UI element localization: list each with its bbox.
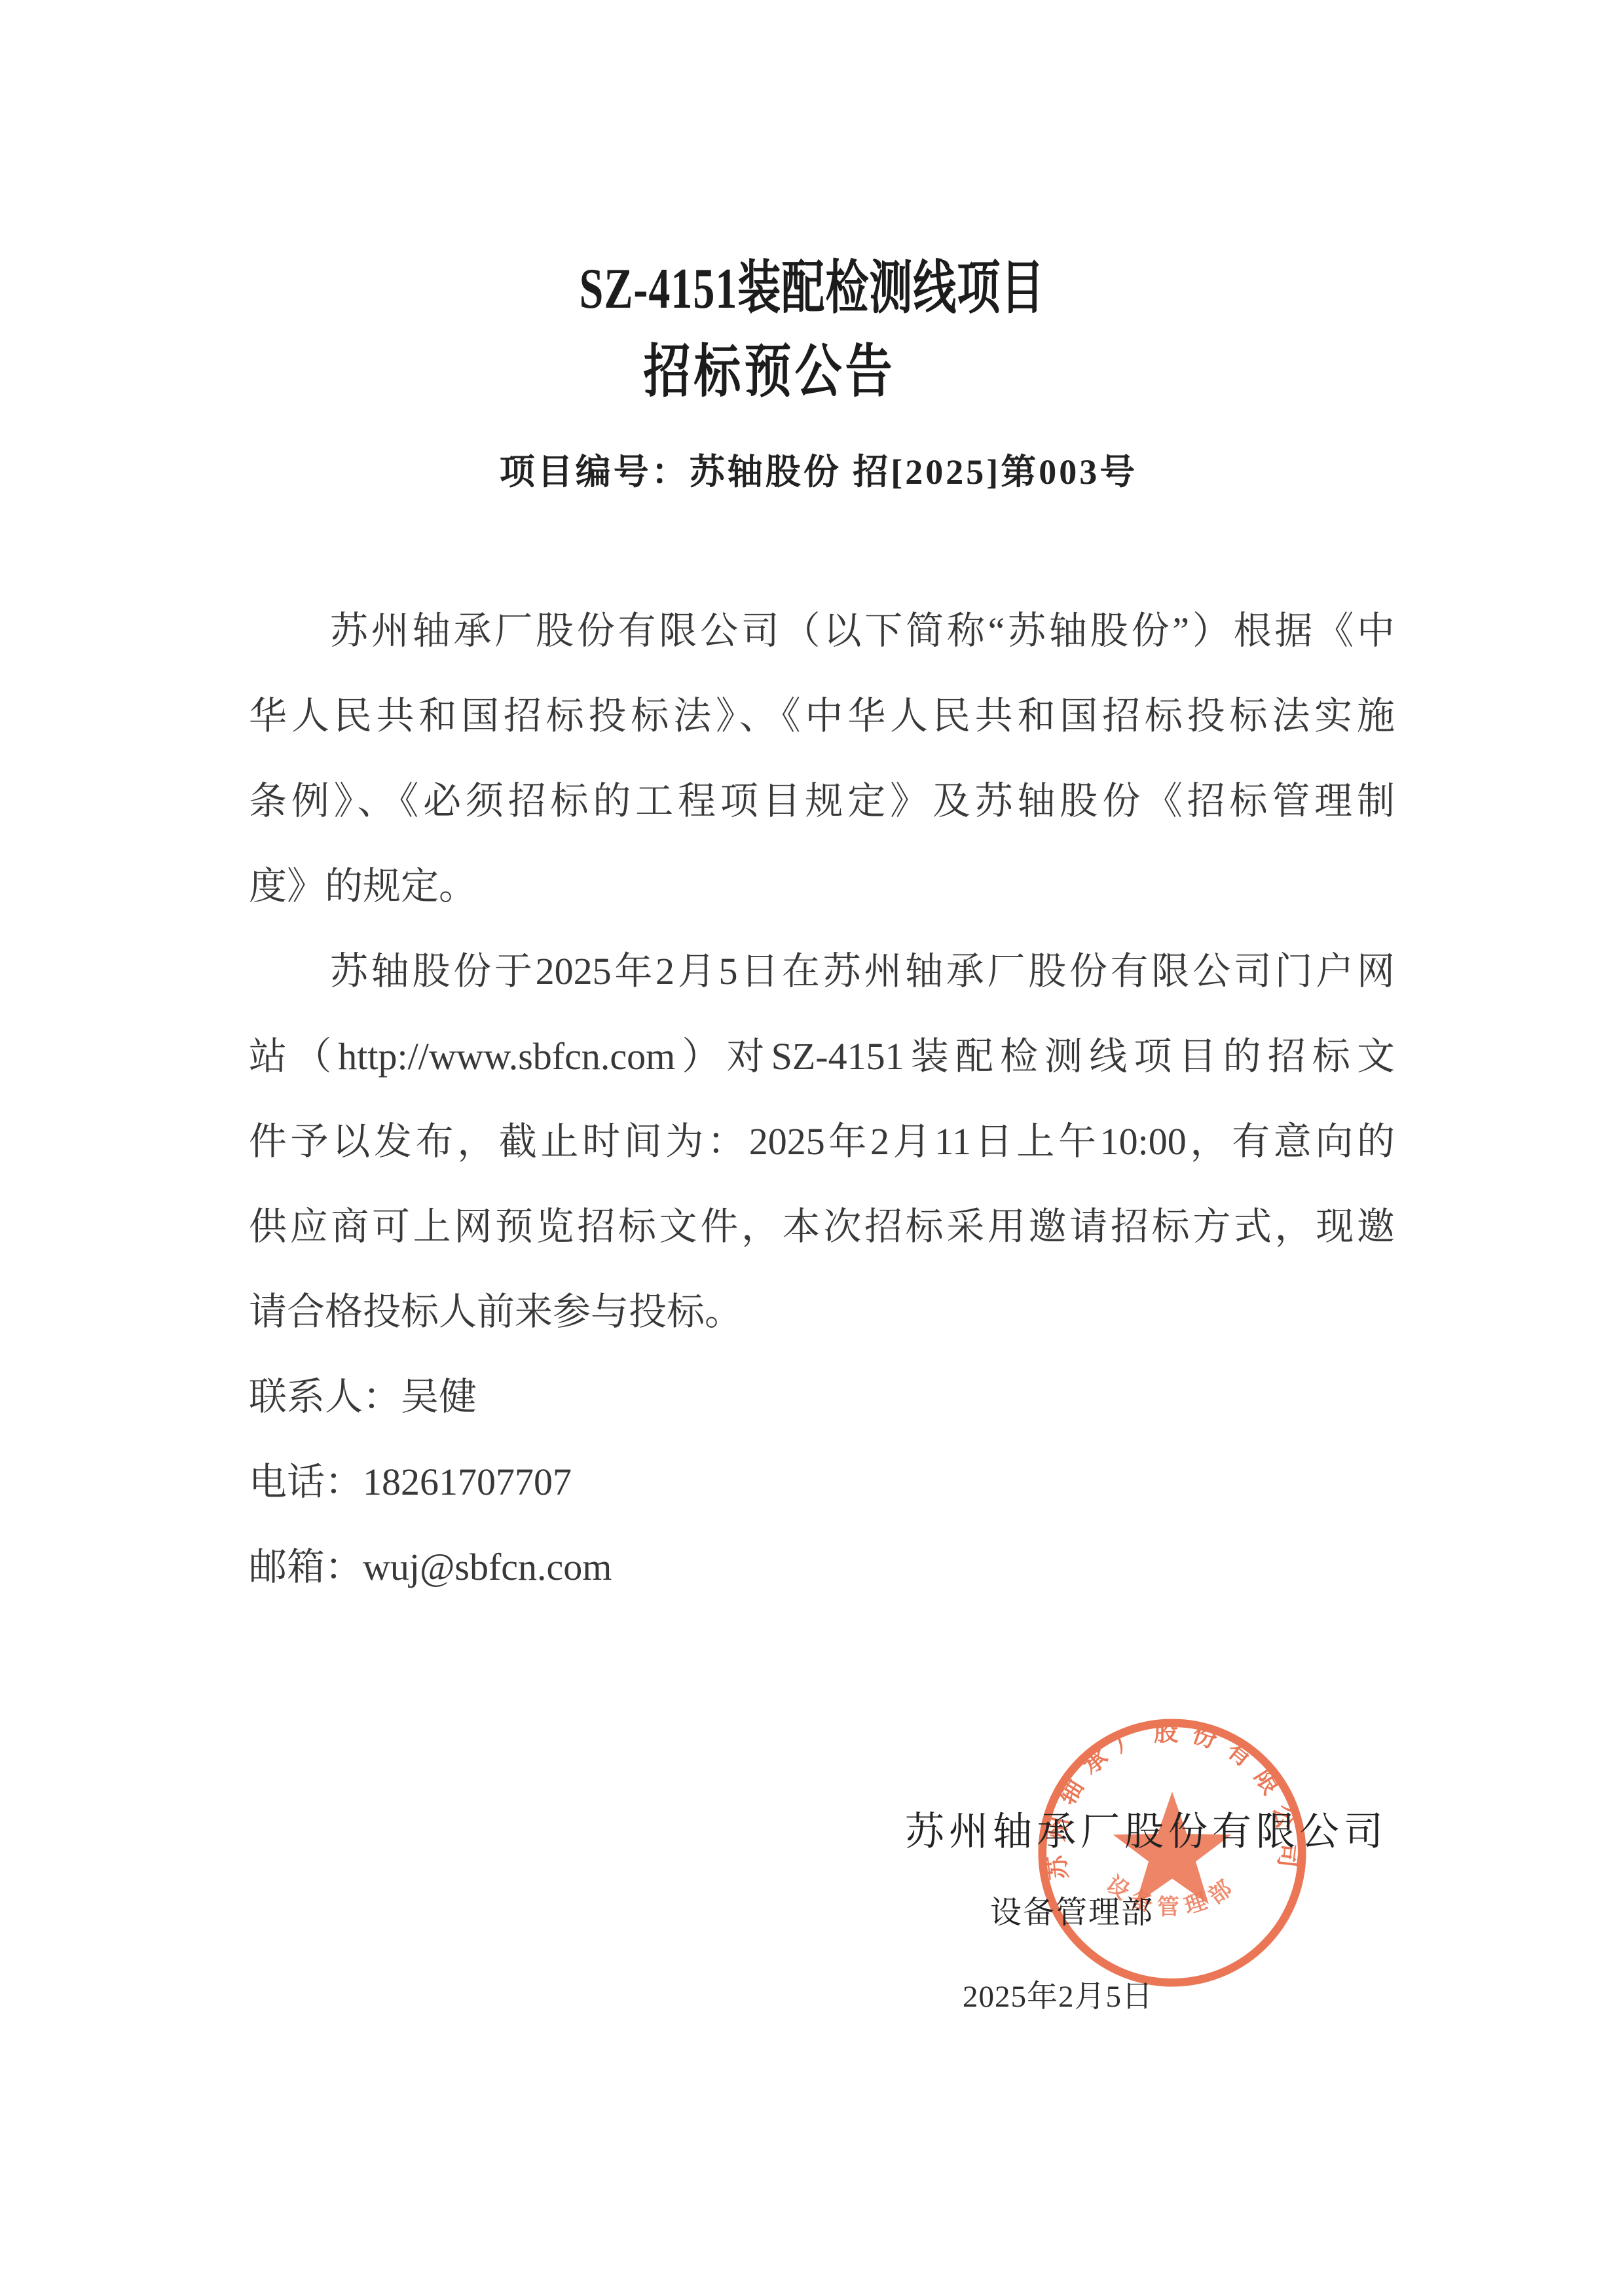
body-line: 苏州轴承厂股份有限公司（以下简称“苏轴股份”）根据《中	[249, 589, 1395, 674]
body-line: 度》的规定。	[249, 844, 1395, 929]
body-line: 请合格投标人前来参与投标。	[249, 1269, 1395, 1355]
body-line: 条例》、《必须招标的工程项目规定》及苏轴股份《招标管理制	[249, 759, 1395, 844]
body-line: 苏轴股份于2025年2月5日在苏州轴承厂股份有限公司门户网	[249, 929, 1395, 1014]
contact-email-line: 邮箱：wuj@sbfcn.com	[249, 1525, 1395, 1610]
document-page: SZ-4151装配检测线项目 招标预公告 项目编号：苏轴股份 招[2025]第0…	[0, 0, 1624, 2296]
project-number: 项目编号：苏轴股份 招[2025]第003号	[13, 444, 1624, 494]
body-line: 供应商可上网预览招标文件，本次招标采用邀请招标方式，现邀	[249, 1184, 1395, 1269]
contact-person-line: 联系人：吴健	[249, 1355, 1395, 1440]
body-line: 件予以发布，截止时间为：2025年2月11日上午10:00，有意向的	[249, 1099, 1395, 1184]
signature-department: 设备管理部	[990, 1887, 1154, 1932]
document-title-line1: SZ-4151装配检测线项目	[0, 241, 1624, 324]
document-title-line2: 招标预公告	[0, 325, 1539, 408]
document-body: 苏州轴承厂股份有限公司（以下简称“苏轴股份”）根据《中 华人民共和国招标投标法》…	[249, 589, 1395, 1610]
body-line: 华人民共和国招标投标法》、《中华人民共和国招标投标法实施	[249, 674, 1395, 759]
signature-company: 苏州轴承厂股份有限公司	[905, 1800, 1388, 1857]
signature-date: 2025年2月5日	[963, 1972, 1153, 2016]
body-line: 站（http://www.sbfcn.com）对SZ-4151装配检测线项目的招…	[249, 1014, 1395, 1099]
contact-phone-line: 电话：18261707707	[249, 1440, 1395, 1525]
